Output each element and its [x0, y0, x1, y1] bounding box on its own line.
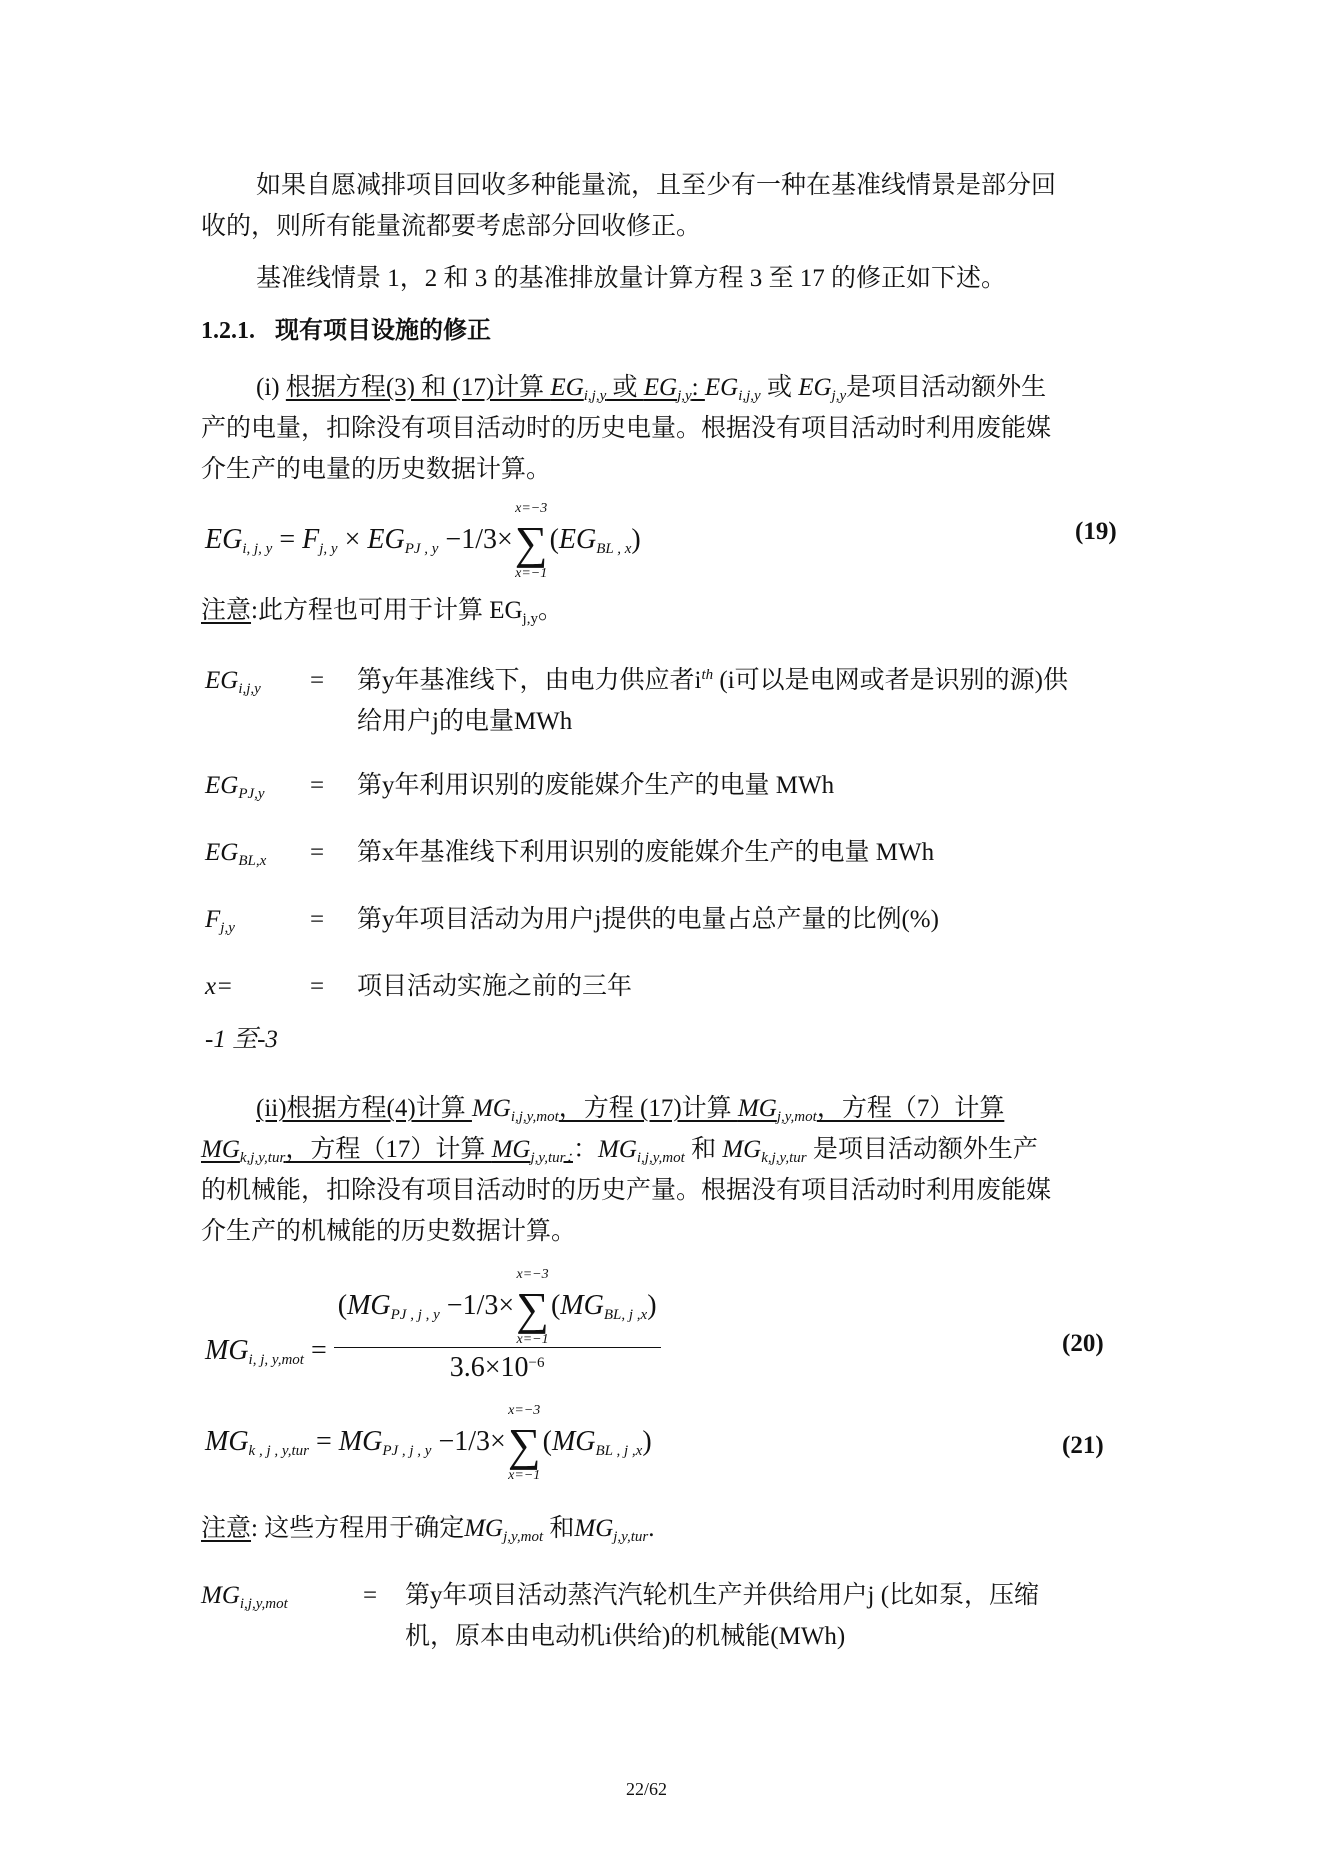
note-1: 注意:此方程也可用于计算 EGj,y。 [201, 590, 563, 631]
item-ii-line-2: MGk,j,y,tur，方程（17）计算 MGj,y,tur：：MGi,j,y,… [201, 1129, 1038, 1170]
item-i-underlined: 根据方程(3) 和 (17)计算 EGi,j,y 或 EGj,y: [286, 374, 705, 401]
summation-symbol: ∑x=−3x=−1 [508, 1418, 541, 1471]
item-i-line-3: 介生产的电量的历史数据计算。 [201, 449, 551, 490]
item-i-line-2: 产的电量，扣除没有项目活动时的历史电量。根据没有项目活动时利用废能媒 [201, 408, 1051, 449]
paragraph-2: 基准线情景 1，2 和 3 的基准排放量计算方程 3 至 17 的修正如下述。 [256, 258, 1006, 299]
equation-20: MGi, j, y,mot = (MGPJ , j , y −1/3×∑x=−3… [205, 1282, 661, 1384]
section-title: 现有项目设施的修正 [275, 318, 491, 344]
section-heading: 1.2.1. 现有项目设施的修正 [201, 311, 491, 352]
page-number: 22/62 [626, 1779, 667, 1800]
equation-20-number: (20) [1062, 1330, 1104, 1358]
summation-symbol: ∑x=−3x=−1 [516, 1282, 549, 1335]
item-ii-line-3: 的机械能，扣除没有项目活动时的历史产量。根据没有项目活动时利用废能媒 [201, 1170, 1051, 1211]
summation-symbol: ∑x=−3x=−1 [515, 516, 548, 569]
note-2: 注意: 这些方程用于确定MGj,y,mot 和MGj,y,tur. [201, 1508, 655, 1549]
x-range: -1 至-3 [205, 1019, 278, 1060]
equation-21: MGk , j , y,tur = MGPJ , j , y −1/3×∑x=−… [205, 1418, 652, 1471]
item-ii-line-4: 介生产的机械能的历史数据计算。 [201, 1211, 576, 1252]
paragraph-1-line-2: 收的，则所有能量流都要考虑部分回收修正。 [201, 206, 701, 247]
fraction: (MGPJ , j , y −1/3×∑x=−3x=−1(MGBL, j ,x)… [334, 1282, 661, 1384]
equation-21-number: (21) [1062, 1432, 1104, 1460]
item-ii-line-1: (ii)根据方程(4)计算 MGi,j,y,mot，方程 (17)计算 MGj,… [256, 1088, 1004, 1129]
section-number: 1.2.1. [201, 318, 255, 344]
equation-19-number: (19) [1075, 518, 1117, 546]
paragraph-1-line-1: 如果自愿减排项目回收多种能量流，且至少有一种在基准线情景是部分回 [256, 165, 1056, 206]
item-i-line-1: (i) 根据方程(3) 和 (17)计算 EGi,j,y 或 EGj,y: EG… [256, 367, 1046, 408]
equation-19: EGi, j, y = Fj, y × EGPJ , y −1/3×∑x=−3x… [205, 516, 641, 569]
